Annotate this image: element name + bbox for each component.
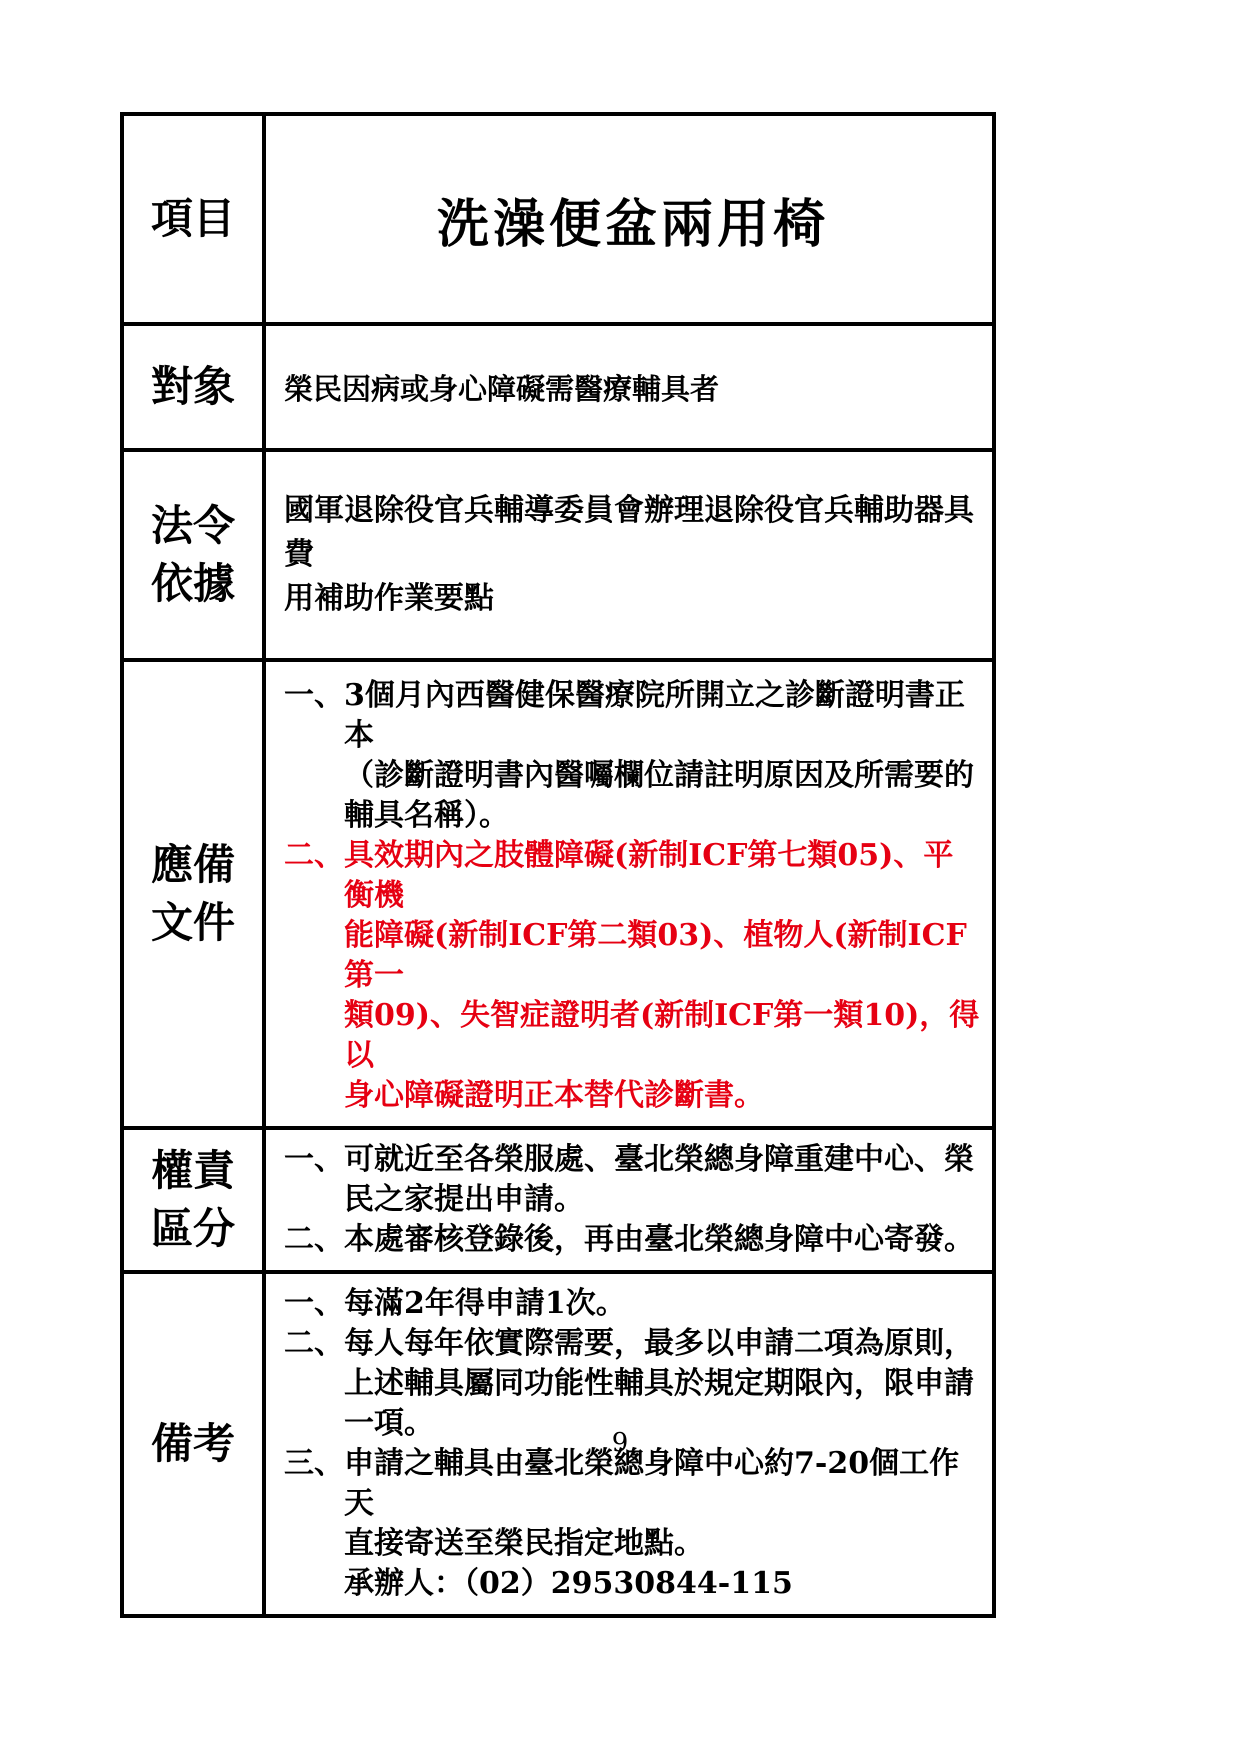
- required-documents-item-2: 二、具效期內之肢體障礙(新制ICF第七類05)、平衡機 能障礙(新制ICF第二類…: [284, 836, 982, 1116]
- responsibility-list: 一、可就近至各榮服處、臺北榮總身障重建中心、榮 民之家提出申請。 二、本處審核登…: [266, 1130, 992, 1270]
- target-text: 榮民因病或身心障礙需醫療輔具者: [266, 326, 992, 448]
- legal-basis-text: 國軍退除役官兵輔導委員會辦理退除役官兵輔助器具費 用補助作業要點: [266, 452, 992, 658]
- required-documents-item-1: 一、3個月內西醫健保醫療院所開立之診斷證明書正本 （診斷證明書內醫囑欄位請註明原…: [284, 676, 982, 836]
- required-documents-list: 一、3個月內西醫健保醫療院所開立之診斷證明書正本 （診斷證明書內醫囑欄位請註明原…: [266, 662, 992, 1126]
- responsibility-item-1: 一、可就近至各榮服處、臺北榮總身障重建中心、榮 民之家提出申請。: [284, 1140, 982, 1220]
- row-label-legal-basis: 法令 依據: [124, 452, 266, 658]
- document-page: 項目 洗澡便盆兩用椅 對象 榮民因病或身心障礙需醫療輔具者 法令 依據 國軍退除…: [0, 0, 1240, 1754]
- row-label-item: 項目: [124, 116, 266, 322]
- table-row-legal-basis: 法令 依據 國軍退除役官兵輔導委員會辦理退除役官兵輔助器具費 用補助作業要點: [124, 448, 992, 658]
- remarks-item-3: 三、申請之輔具由臺北榮總身障中心約7-20個工作天 直接寄送至榮民指定地點。 承…: [284, 1444, 982, 1604]
- item-title: 洗澡便盆兩用椅: [266, 116, 992, 322]
- page-number: 9: [0, 1428, 1240, 1458]
- benefit-info-table: 項目 洗澡便盆兩用椅 對象 榮民因病或身心障礙需醫療輔具者 法令 依據 國軍退除…: [120, 112, 996, 1618]
- table-row-item: 項目 洗澡便盆兩用椅: [124, 116, 992, 322]
- table-row-target: 對象 榮民因病或身心障礙需醫療輔具者: [124, 322, 992, 448]
- remarks-item-1: 一、每滿2年得申請1次。: [284, 1284, 982, 1324]
- table-row-responsibility: 權責 區分 一、可就近至各榮服處、臺北榮總身障重建中心、榮 民之家提出申請。 二…: [124, 1126, 992, 1270]
- row-label-target: 對象: [124, 326, 266, 448]
- row-label-responsibility: 權責 區分: [124, 1130, 266, 1270]
- remarks-item-2: 二、每人每年依實際需要，最多以申請二項為原則， 上述輔具屬同功能性輔具於規定期限…: [284, 1324, 982, 1444]
- table-row-required-documents: 應備 文件 一、3個月內西醫健保醫療院所開立之診斷證明書正本 （診斷證明書內醫囑…: [124, 658, 992, 1126]
- row-label-required-documents: 應備 文件: [124, 662, 266, 1126]
- responsibility-item-2: 二、本處審核登錄後，再由臺北榮總身障中心寄發。: [284, 1220, 982, 1260]
